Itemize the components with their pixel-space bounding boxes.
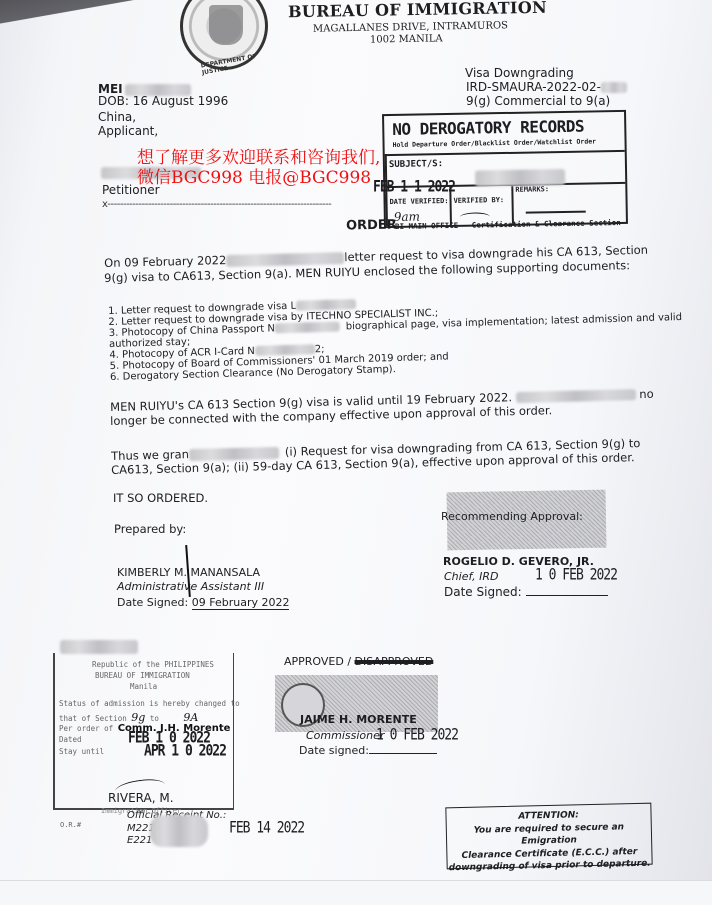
- scanned-document: DEPARTMENT OF JUSTICE BUREAU OF IMMIGRAT…: [0, 0, 712, 881]
- stamp-dated-line: Dated: [59, 735, 82, 744]
- preparer-name: KIMBERLY M. MANANSALA: [117, 566, 260, 579]
- commissioner-date-stamp: 1 0 FEB 2022: [376, 727, 458, 745]
- divider: [511, 184, 513, 224]
- watermark-line-2: 微信BGC998 电报@BGC998: [137, 163, 371, 188]
- order-heading: ORDER: [346, 218, 397, 234]
- prepared-by-label: Prepared by:: [114, 522, 186, 536]
- attention-notice: ATTENTION: You are required to secure an…: [445, 803, 652, 870]
- stamp-subtitle: Hold Departure Order/Blacklist Order/Wat…: [392, 137, 596, 149]
- commissioner-name: JAIME H. MORENTE: [300, 713, 417, 726]
- or-label: O.R.#: [60, 821, 81, 829]
- agency-title: BUREAU OF IMMIGRATION: [288, 0, 547, 21]
- recommender-date-stamp: 1 0 FEB 2022: [535, 567, 617, 585]
- receipt-date-stamp: FEB 14 2022: [229, 820, 304, 838]
- case-number: IRD-SMAURA-2022-02-: [466, 80, 627, 94]
- seal-icon: DEPARTMENT OF JUSTICE: [180, 0, 268, 70]
- page-fold-shadow: [0, 0, 150, 40]
- stamp-title: NO DEROGATORY RECORDS: [392, 117, 584, 139]
- recommender-title: Chief, IRD: [444, 570, 499, 583]
- redacted-block: [275, 322, 340, 334]
- redacted-block: [150, 815, 208, 847]
- case-type: Visa Downgrading: [465, 66, 574, 80]
- remarks-label: REMARKS:: [515, 185, 549, 194]
- stamp-stay-value: APR 1 0 2022: [144, 743, 226, 761]
- stamp-republic: Republic of the PHILIPPINES: [92, 660, 214, 669]
- commissioner-date-label: Date signed:: [299, 744, 437, 757]
- applicant-dob: DOB: 16 August 1996: [98, 94, 228, 108]
- redacted-block: [255, 344, 315, 356]
- recommending-label: Recommending Approval:: [441, 510, 583, 523]
- verified-by-label: VERIFIED BY:: [453, 196, 504, 205]
- date-verified-label: DATE VERIFIED:: [389, 197, 448, 206]
- applicant-country: China,: [98, 110, 136, 124]
- case-category: 9(g) Commercial to 9(a): [466, 94, 610, 108]
- recommender-date-label: Date Signed:: [444, 585, 608, 599]
- redacted-block: [296, 299, 356, 311]
- subject-label: SUBJECT/S:: [389, 159, 443, 170]
- redacted-block: [516, 389, 636, 403]
- agency-city: 1002 MANILA: [370, 33, 443, 45]
- preparer-title: Administrative Assistant III: [117, 580, 264, 593]
- divider: [385, 150, 625, 156]
- applicant-role: Applicant,: [98, 124, 158, 138]
- disapproved-struck: DISAPPROVED: [355, 655, 434, 668]
- no-derogatory-records-stamp: NO DEROGATORY RECORDS Hold Departure Ord…: [382, 110, 628, 228]
- receipt-number-2: E221: [127, 835, 152, 846]
- commissioner-title: Commissioner: [306, 729, 384, 742]
- stamp-status-text: Status of admission is hereby changed to: [59, 699, 240, 708]
- supporting-documents-list: 1. Letter request to downgrade visa L 2.…: [108, 290, 683, 383]
- preparer-date: Date Signed: 09 February 2022: [117, 596, 289, 610]
- seal-emblem: [209, 5, 243, 45]
- stamp-stay-line: Stay until: [59, 747, 104, 756]
- officer-name: RIVERA, M.: [108, 791, 174, 805]
- redacted-subject: [475, 169, 565, 187]
- so-ordered: IT SO ORDERED.: [113, 491, 208, 505]
- agency-address: MAGALLANES DRIVE, INTRAMUROS: [313, 20, 508, 34]
- redacted-block: [60, 640, 138, 654]
- date-verified-stamp: FEB 1 1 2022: [373, 179, 455, 197]
- seal-bottom-text: DEPARTMENT OF JUSTICE: [200, 52, 265, 77]
- remarks-stroke: [526, 211, 586, 214]
- signature-line: x---------------------------------------…: [102, 199, 331, 210]
- redacted-block: [601, 82, 627, 93]
- stamp-bureau: BUREAU OF IMMIGRATION: [95, 671, 190, 680]
- redacted-block: [226, 252, 344, 267]
- approval-decision: APPROVED / DISAPPROVED: [284, 655, 433, 668]
- stamp-city: Manila: [130, 682, 157, 691]
